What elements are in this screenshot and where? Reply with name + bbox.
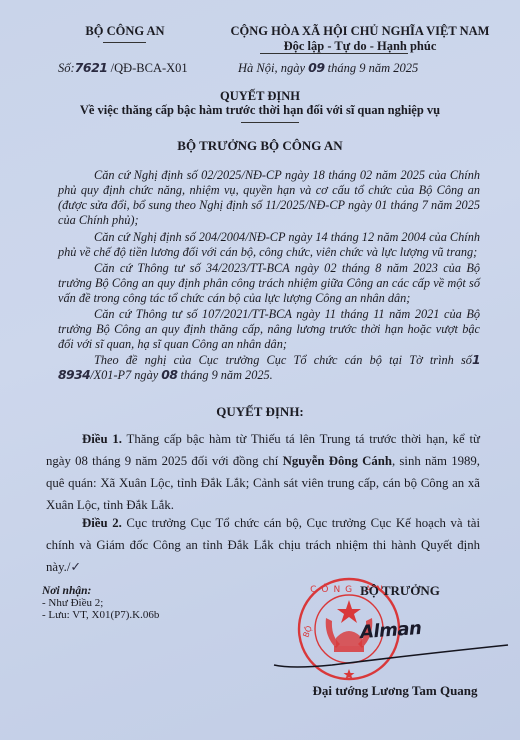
article-2-label: Điều 2.	[82, 516, 122, 530]
agency-underline	[103, 42, 146, 43]
document-type: QUYẾT ĐỊNH	[0, 89, 520, 104]
legal-basis-3: Căn cứ Thông tư số 34/2023/TT-BCA ngày 0…	[58, 261, 480, 306]
doc-number-label: Số:	[58, 61, 75, 75]
doc-number-handwritten: 7621	[75, 60, 108, 75]
nation-name: CỘNG HÒA XÃ HỘI CHỦ NGHĨA VIỆT NAM	[210, 24, 510, 39]
initial-mark: ✓	[70, 560, 80, 575]
decision-heading: QUYẾT ĐỊNH:	[0, 404, 520, 420]
legal-basis-4: Căn cứ Thông tư số 107/2021/TT-BCA ngày …	[58, 307, 480, 352]
proposal-basis: Theo đề nghị của Cục trưởng Cục Tổ chức …	[58, 353, 480, 383]
legal-basis-text: Căn cứ Nghị định số 204/2004/NĐ-CP ngày …	[58, 230, 480, 259]
handwritten-signature: Alman	[359, 618, 422, 643]
officer-name: Nguyễn Đông Cánh	[283, 454, 392, 468]
recipient-item: - Lưu: VT, X01(P7).K.06b	[42, 609, 159, 621]
legal-basis-1: Căn cứ Nghị định số 02/2025/NĐ-CP ngày 1…	[58, 168, 480, 228]
place-date-suffix: tháng 9 năm 2025	[325, 61, 419, 75]
legal-basis-text: Căn cứ Nghị định số 02/2025/NĐ-CP ngày 1…	[58, 168, 480, 227]
signer-name: Đại tướng Lương Tam Quang	[300, 683, 490, 699]
day-handwritten: 09	[308, 60, 324, 75]
national-motto: Độc lập - Tự do - Hạnh phúc	[210, 39, 510, 54]
article-2: Điều 2. Cục trưởng Cục Tổ chức cán bộ, C…	[46, 512, 480, 579]
issuing-agency: BỘ CÔNG AN	[60, 24, 190, 39]
article-1: Điều 1. Thăng cấp bậc hàm từ Thiếu tá lê…	[46, 428, 480, 516]
national-header: CỘNG HÒA XÃ HỘI CHỦ NGHĨA VIỆT NAM Độc l…	[210, 24, 510, 54]
svg-text:BỘ: BỘ	[300, 624, 314, 639]
recipient-item: - Như Điều 2;	[42, 597, 159, 609]
article-1-label: Điều 1.	[82, 432, 122, 446]
recipients-block: Nơi nhận: - Như Điều 2; - Lưu: VT, X01(P…	[42, 585, 159, 621]
document-subject: Về việc thăng cấp bậc hàm trước thời hạn…	[0, 103, 520, 118]
signer-title: BỘ TRƯỞNG	[330, 583, 470, 599]
proposal-date: tháng 9 năm 2025.	[177, 368, 272, 382]
proposal-text: Theo đề nghị của Cục trưởng Cục Tổ chức …	[94, 353, 472, 367]
subject-underline	[241, 122, 299, 123]
proposal-day-handwritten: 08	[161, 368, 177, 382]
proposal-code: /X01-P7 ngày	[90, 368, 161, 382]
motto-underline	[260, 53, 408, 54]
document-number: Số:7621 /QĐ-BCA-X01	[58, 60, 188, 76]
issuing-authority: BỘ TRƯỞNG BỘ CÔNG AN	[0, 138, 520, 154]
legal-basis-text: Căn cứ Thông tư số 107/2021/TT-BCA ngày …	[58, 307, 480, 351]
place-date-prefix: Hà Nội, ngày	[238, 61, 308, 75]
signature-flourish	[272, 641, 512, 671]
legal-basis-text: Căn cứ Thông tư số 34/2023/TT-BCA ngày 0…	[58, 261, 480, 305]
recipients-heading: Nơi nhận:	[42, 585, 159, 597]
place-and-date: Hà Nội, ngày 09 tháng 9 năm 2025	[238, 60, 418, 76]
doc-number-code: /QĐ-BCA-X01	[107, 61, 187, 75]
legal-basis-2: Căn cứ Nghị định số 204/2004/NĐ-CP ngày …	[58, 230, 480, 260]
